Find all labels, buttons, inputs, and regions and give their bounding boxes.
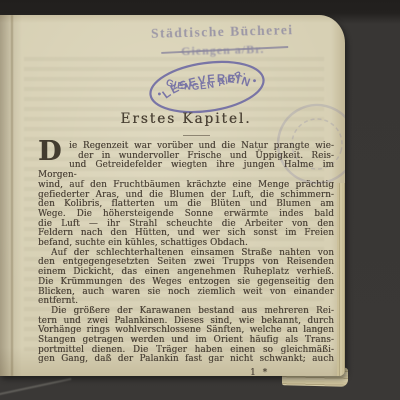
oval-stamp-right-dot: • — [251, 76, 258, 88]
scanned-book-page-photo: Städtische Bücherei Giengen a/Br. LESEVE… — [0, 0, 400, 400]
fore-edge-page-stack — [337, 183, 345, 376]
heading-rule — [183, 135, 210, 136]
text-line: und Getreidefelder wiegten ihre jungen H… — [38, 161, 334, 180]
paragraph-2: Auf der schlechterhaltenen einsamen Stra… — [38, 249, 334, 307]
backdrop-reflection-streak — [0, 378, 71, 396]
paragraph-3: Die größere der Karawanen bestand aus me… — [38, 307, 334, 365]
signature-mark: 1 * — [38, 369, 334, 376]
chapter-heading: Erstes Kapitel. — [38, 111, 334, 127]
text-line: gen Gang, daß der Palankin fast gar nich… — [38, 355, 334, 365]
gutter-crease — [11, 15, 13, 376]
library-ownership-stamp: Städtische Bücherei Giengen a/Br. — [120, 21, 326, 60]
library-stamp-line1: Städtische Bücherei — [120, 21, 325, 42]
drop-cap-initial: D — [38, 142, 67, 162]
text-line: Blicken, auch waren sie noch ziemlich we… — [38, 288, 334, 298]
book-page: Städtische Bücherei Giengen a/Br. LESEVE… — [0, 15, 345, 376]
paragraph-1: D ie Regenzeit war vorüber und die Natur… — [38, 142, 334, 249]
body-text: D ie Regenzeit war vorüber und die Natur… — [38, 142, 334, 376]
